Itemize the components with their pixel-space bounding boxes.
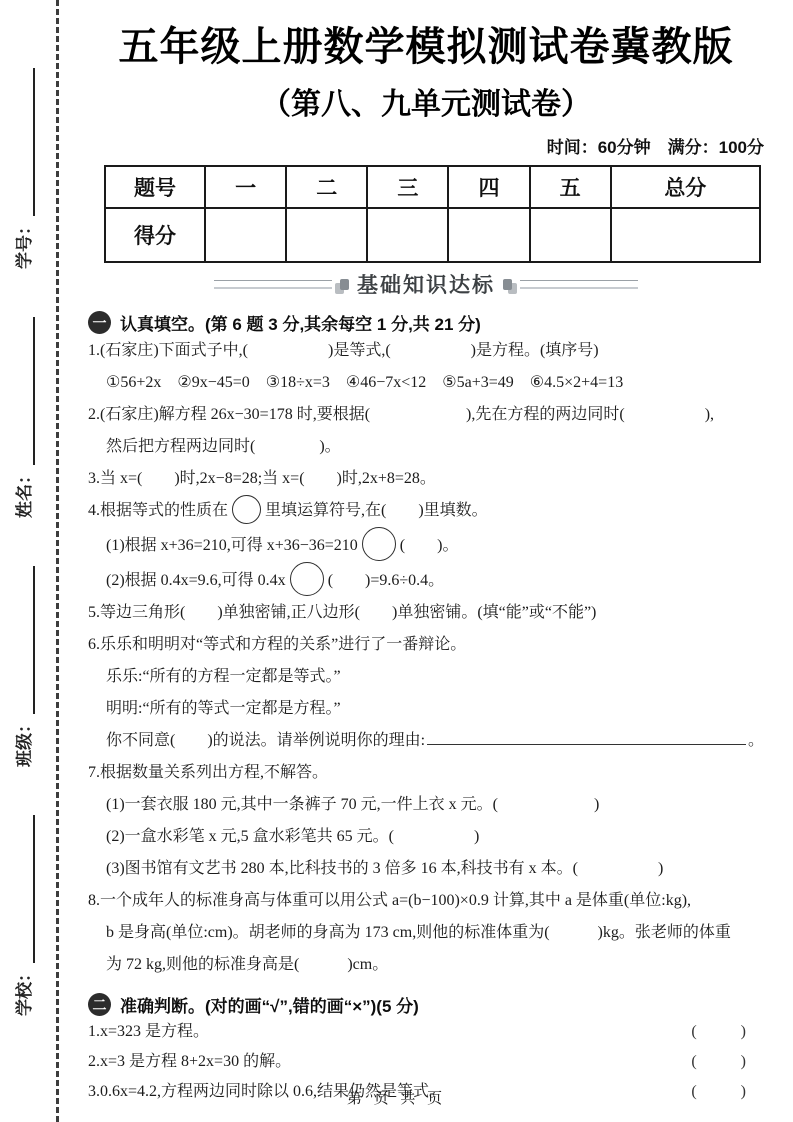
operator-circle-icon	[232, 495, 261, 524]
section-two-heading: 准确判断。(对的画“√”,错的画“×”)(5 分)	[120, 992, 419, 1017]
section-one-badge-icon: 一	[88, 311, 111, 334]
question-5: 5.等边三角形( )单独密铺,正八边形( )单独密铺。(填“能”或“不能”)	[88, 597, 764, 629]
question-6-text-a: 你不同意( )的说法。请举例说明你的理由:	[106, 725, 425, 757]
operator-circle-icon	[290, 562, 324, 596]
question-6-line-1: 6.乐乐和明明对“等式和方程的关系”进行了一番辩论。	[88, 629, 764, 661]
question-6-text-b: 。	[748, 725, 764, 757]
score-cell	[611, 208, 760, 262]
margin-field-name: 姓名：	[10, 317, 35, 518]
reason-fill-line	[427, 728, 746, 745]
score-cell	[448, 208, 529, 262]
score-table-header-cell: 总分	[611, 166, 760, 208]
question-2-line-1: 2.(石家庄)解方程 26x−30=178 时,要根据( ),先在方程的两边同时…	[88, 399, 764, 431]
question-2-line-2: 然后把方程两边同时( )。	[88, 431, 764, 463]
banner-ornament-right	[520, 280, 638, 289]
section-banner: 基础知识达标	[88, 269, 764, 299]
score-table-header-cell: 题号	[105, 166, 205, 208]
question-4-text-b: 里填运算符号,在( )里填数。	[265, 502, 488, 519]
page-footer: 第 页 共 页	[0, 1087, 793, 1108]
question-6-line-3: 明明:“所有的等式一定都是方程。”	[88, 693, 764, 725]
page-subtitle: （第八、九单元测试卷）	[88, 79, 764, 123]
question-4-sub-1: (1)根据 x+36=210,可得 x+36−36=210( )。	[88, 527, 764, 562]
question-4-1-text-a: (1)根据 x+36=210,可得 x+36−36=210	[106, 537, 358, 554]
class-fill-line	[28, 566, 35, 714]
score-table-header-cell: 五	[530, 166, 611, 208]
score-table-header-cell: 四	[448, 166, 529, 208]
exam-content: 五年级上册数学模拟测试卷冀教版 （第八、九单元测试卷） 时间：60分钟 满分：1…	[88, 24, 764, 1107]
time-score-info: 时间：60分钟 满分：100分	[88, 133, 764, 158]
page-title: 五年级上册数学模拟测试卷冀教版	[88, 24, 764, 70]
question-4-text-a: 4.根据等式的性质在	[88, 502, 228, 519]
question-8-line-3: 为 72 kg,则他的标准身高是( )cm。	[88, 949, 764, 981]
question-6-line-2: 乐乐:“所有的方程一定都是等式。”	[88, 661, 764, 693]
margin-field-class: 班级：	[10, 566, 35, 767]
class-label: 班级：	[10, 716, 35, 767]
judge-item-text: 2.x=3 是方程 8+2x=30 的解。	[88, 1047, 291, 1077]
section-two-heading-row: 二 准确判断。(对的画“√”,错的画“×”)(5 分)	[88, 992, 764, 1017]
question-7-line-1: 7.根据数量关系列出方程,不解答。	[88, 757, 764, 789]
question-1-line-2: ①56+2x ②9x−45=0 ③18÷x=3 ④46−7x<12 ⑤5a+3=…	[88, 367, 764, 399]
margin-field-school: 学校：	[10, 815, 35, 1016]
score-table-header-row: 题号 一 二 三 四 五 总分	[105, 166, 760, 208]
school-label: 学校：	[10, 965, 35, 1016]
margin-fill-in-strip: 学校： 班级： 姓名： 学号：	[10, 68, 35, 1016]
judge-answer-blank: ( )	[691, 1017, 764, 1047]
judge-item: 2.x=3 是方程 8+2x=30 的解。 ( )	[88, 1047, 764, 1077]
section-one-heading-row: 一 认真填空。(第 6 题 3 分,其余每空 1 分,共 21 分)	[88, 310, 764, 335]
score-table-header-cell: 一	[205, 166, 286, 208]
student-number-fill-line	[28, 68, 35, 216]
banner-leaf-icon	[340, 279, 349, 290]
score-table-header-cell: 二	[286, 166, 367, 208]
margin-field-student-number: 学号：	[10, 68, 35, 269]
student-number-label: 学号：	[10, 218, 35, 269]
question-4-2-text-a: (2)根据 0.4x=9.6,可得 0.4x	[106, 572, 286, 589]
question-3: 3.当 x=( )时,2x−8=28;当 x=( )时,2x+8=28。	[88, 463, 764, 495]
exam-page: 学校： 班级： 姓名： 学号： 五年级上册数学模拟测试卷冀教版 （第八、九单元测…	[0, 0, 793, 1122]
name-label: 姓名：	[10, 467, 35, 518]
score-cell	[205, 208, 286, 262]
question-1-line-1: 1.(石家庄)下面式子中,( )是等式,( )是方程。(填序号)	[88, 335, 764, 367]
score-table: 题号 一 二 三 四 五 总分 得分	[104, 165, 761, 263]
section-two-badge-icon: 二	[88, 993, 111, 1016]
score-table-score-row: 得分	[105, 208, 760, 262]
banner-title: 基础知识达标	[357, 269, 495, 299]
score-cell	[367, 208, 448, 262]
left-dashed-rule	[56, 0, 59, 1122]
school-fill-line	[28, 815, 35, 963]
banner-leaf-icon	[503, 279, 512, 290]
question-8-line-2: b 是身高(单位:cm)。胡老师的身高为 173 cm,则他的标准体重为( )k…	[88, 917, 764, 949]
operator-circle-icon	[362, 527, 396, 561]
score-row-label: 得分	[105, 208, 205, 262]
question-4-sub-2: (2)根据 0.4x=9.6,可得 0.4x( )=9.6÷0.4。	[88, 562, 764, 597]
banner-ornament-left	[214, 280, 332, 289]
question-4: 4.根据等式的性质在里填运算符号,在( )里填数。	[88, 495, 764, 527]
name-fill-line	[28, 317, 35, 465]
section-one-heading: 认真填空。(第 6 题 3 分,其余每空 1 分,共 21 分)	[120, 310, 481, 335]
judge-item: 1.x=323 是方程。 ( )	[88, 1017, 764, 1047]
question-4-1-text-b: ( )。	[400, 537, 459, 554]
score-cell	[530, 208, 611, 262]
judge-item-text: 1.x=323 是方程。	[88, 1017, 209, 1047]
question-6-line-4: 你不同意( )的说法。请举例说明你的理由:。	[88, 725, 764, 757]
question-7-sub-1: (1)一套衣服 180 元,其中一条裤子 70 元,一件上衣 x 元。( )	[88, 789, 764, 821]
judge-answer-blank: ( )	[691, 1047, 764, 1077]
score-table-header-cell: 三	[367, 166, 448, 208]
question-7-sub-2: (2)一盒水彩笔 x 元,5 盒水彩笔共 65 元。( )	[88, 821, 764, 853]
question-4-2-text-b: ( )=9.6÷0.4。	[328, 572, 444, 589]
question-8-line-1: 8.一个成年人的标准身高与体重可以用公式 a=(b−100)×0.9 计算,其中…	[88, 885, 764, 917]
score-cell	[286, 208, 367, 262]
question-7-sub-3: (3)图书馆有文艺书 280 本,比科技书的 3 倍多 16 本,科技书有 x …	[88, 853, 764, 885]
